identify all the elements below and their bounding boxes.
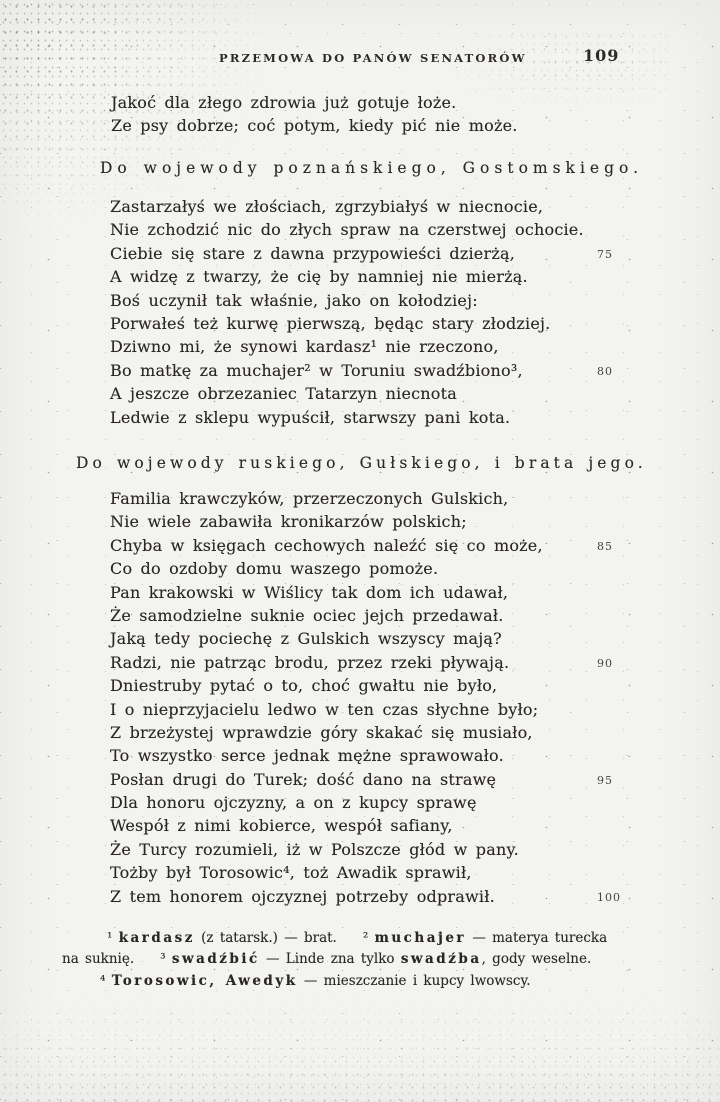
verse-line: Co do ozdoby domu waszego pomoże.	[110, 557, 670, 580]
verse-line: Jakoć dla złego zdrowia już gotuje łoże.	[111, 91, 671, 114]
verse-text: Że samodzielne suknie ociec jejch przeda…	[110, 606, 504, 625]
footnote-segment: muchajer	[375, 930, 466, 946]
footnote-segment: ⁴	[100, 973, 112, 989]
verse-line: I o nieprzyjacielu ledwo w ten czas słyc…	[110, 698, 670, 721]
footnote-segment: kardasz	[119, 930, 195, 946]
verse-text: Jaką tedy pociechę z Gulskich wszyscy ma…	[110, 629, 502, 648]
verse-text: Z tem honorem ojczyznej potrzeby odprawi…	[110, 887, 495, 906]
verse-text: Jakoć dla złego zdrowia już gotuje łoże.	[111, 93, 456, 112]
verse-text: Pan krakowski w Wiślicy tak dom ich udaw…	[110, 583, 508, 602]
verse-line: Bo matkę za muchajer² w Toruniu swadźbio…	[110, 359, 670, 382]
verse-text: Porwałeś też kurwę pierwszą, będąc stary…	[110, 314, 550, 333]
verse-line: To wszystko serce jednak mężne sprawował…	[110, 744, 670, 767]
verse-text: Ciebie się stare z dawna przypowieści dz…	[110, 244, 515, 263]
verse-line: Że samodzielne suknie ociec jejch przeda…	[110, 604, 670, 627]
verse-text: Zastarzałyś we złościach, zgrzybiałyś w …	[110, 197, 543, 216]
verse-line: Porwałeś też kurwę pierwszą, będąc stary…	[110, 312, 670, 335]
verse-text: Nie wiele zabawiła kronikarzów polskich;	[110, 512, 467, 531]
footnote-line: ¹ kardasz (z tatarsk.) — brat.² muchajer…	[62, 928, 622, 949]
intro-couplet: Jakoć dla złego zdrowia już gotuje łoże.…	[111, 91, 671, 138]
verse-line: Z tem honorem ojczyznej potrzeby odprawi…	[110, 885, 670, 908]
verse-text: Dniestruby pytać o to, choć gwałtu nie b…	[110, 676, 497, 695]
footnote-line: ⁴ Torosowic, Awedyk — mieszczanie i kupc…	[62, 971, 622, 992]
footnote-segment: ²	[363, 930, 375, 946]
verse-line: Chyba w księgach cechowych naleźć się co…	[110, 534, 670, 557]
verse-line: Nie zchodzić nic do złych spraw na czers…	[110, 218, 670, 241]
verse-line-number: 85	[597, 535, 613, 558]
footnote-segment: (z tatarsk.) — brat.	[195, 930, 337, 946]
footnote-segment: Torosowic, Awedyk	[112, 973, 298, 989]
verse-line: A jeszcze obrzezaniec Tatarzyn niecnota	[110, 382, 670, 405]
verse-text: Z brzeżystej wprawdzie góry skakać się m…	[110, 723, 533, 742]
verse-line: Ledwie z sklepu wypuścił, starwszy pani …	[110, 406, 670, 429]
verse-line: Zastarzałyś we złościach, zgrzybiałyś w …	[110, 195, 670, 218]
verse-line: Wespół z nimi kobierce, wespół safiany,	[110, 814, 670, 837]
verse-line: Posłan drugi do Turek; dość dano na stra…	[110, 768, 670, 791]
verse-line: Boś uczynił tak właśnie, jako on kołodzi…	[110, 289, 670, 312]
verse-line: Familia krawczyków, przerzeczonych Gulsk…	[110, 487, 670, 510]
verse-text: Tożby był Torosowic⁴, toż Awadik sprawił…	[110, 863, 472, 882]
footnote-line: na suknię.³ swadźbić — Linde zna tylko s…	[62, 949, 622, 970]
footnote-segment: , gody weselne.	[482, 951, 592, 967]
verse-text: Familia krawczyków, przerzeczonych Gulsk…	[110, 489, 508, 508]
verse-line-number: 80	[597, 360, 613, 383]
verse-line-number: 75	[597, 243, 613, 266]
stanza-gostomski: Zastarzałyś we złościach, zgrzybiałyś w …	[110, 195, 670, 429]
verse-line: Pan krakowski w Wiślicy tak dom ich udaw…	[110, 581, 670, 604]
verse-text: Co do ozdoby domu waszego pomoże.	[110, 559, 438, 578]
verse-text: Ledwie z sklepu wypuścił, starwszy pani …	[110, 408, 510, 427]
footnote-segment: — materya turecka	[466, 930, 607, 946]
verse-text: Dla honoru ojczyzny, a on z kupcy sprawę	[110, 793, 477, 812]
verse-line: Z brzeżystej wprawdzie góry skakać się m…	[110, 721, 670, 744]
verse-text: Że Turcy rozumieli, iż w Polszcze głód w…	[110, 840, 519, 859]
verse-text: Wespół z nimi kobierce, wespół safiany,	[110, 816, 453, 835]
verse-line: Że Turcy rozumieli, iż w Polszcze głód w…	[110, 838, 670, 861]
footnote-segment: na suknię.	[62, 951, 134, 967]
footnote-segment: ¹	[107, 930, 119, 946]
verse-text: Bo matkę za muchajer² w Toruniu swadźbio…	[110, 361, 523, 380]
verse-line-number: 100	[597, 886, 621, 909]
verse-line: Ciebie się stare z dawna przypowieści dz…	[110, 242, 670, 265]
footnote-segment: swadźba	[401, 951, 482, 967]
scanned-book-page: PRZEMOWA DO PANÓW SENATORÓW 109 Jakoć dl…	[0, 0, 720, 1102]
verse-text: To wszystko serce jednak mężne sprawował…	[110, 746, 504, 765]
verse-line: Dla honoru ojczyzny, a on z kupcy sprawę	[110, 791, 670, 814]
verse-line: Radzi, nie patrząc brodu, przez rzeki pł…	[110, 651, 670, 674]
footnote-segment: — Linde zna tylko	[260, 951, 401, 967]
footnote-segment: — mieszczanie i kupcy lwowscy.	[298, 973, 531, 989]
verse-text: Chyba w księgach cechowych naleźć się co…	[110, 536, 543, 555]
scan-noise-bottom	[0, 990, 720, 1102]
verse-text: Ze psy dobrze; coć potym, kiedy pić nie …	[111, 116, 518, 135]
verse-line: Ze psy dobrze; coć potym, kiedy pić nie …	[111, 114, 671, 137]
verse-text: Dziwno mi, że synowi kardasz¹ nie rzeczo…	[110, 337, 499, 356]
verse-text: A widzę z twarzy, że cię by namniej nie …	[110, 267, 528, 286]
section-heading-gostomski: Do wojewody poznańskiego, Gostomskiego.	[100, 159, 643, 177]
footnote-segment: swadźbić	[172, 951, 260, 967]
verse-text: I o nieprzyjacielu ledwo w ten czas słyc…	[110, 700, 538, 719]
footnotes-block: ¹ kardasz (z tatarsk.) — brat.² muchajer…	[62, 928, 622, 992]
verse-text: Radzi, nie patrząc brodu, przez rzeki pł…	[110, 653, 509, 672]
verse-line: Tożby był Torosowic⁴, toż Awadik sprawił…	[110, 861, 670, 884]
verse-text: Posłan drugi do Turek; dość dano na stra…	[110, 770, 496, 789]
verse-line-number: 95	[597, 769, 613, 792]
verse-line: Dniestruby pytać o to, choć gwałtu nie b…	[110, 674, 670, 697]
verse-line-number: 90	[597, 652, 613, 675]
page-number: 109	[583, 46, 619, 65]
footnote-segment: ³	[160, 951, 172, 967]
verse-line: Nie wiele zabawiła kronikarzów polskich;	[110, 510, 670, 533]
verse-line: Dziwno mi, że synowi kardasz¹ nie rzeczo…	[110, 335, 670, 358]
verse-text: A jeszcze obrzezaniec Tatarzyn niecnota	[110, 384, 457, 403]
verse-text: Boś uczynił tak właśnie, jako on kołodzi…	[110, 291, 478, 310]
stanza-gulski: Familia krawczyków, przerzeczonych Gulsk…	[110, 487, 670, 908]
running-header-title: PRZEMOWA DO PANÓW SENATORÓW	[219, 51, 527, 65]
verse-line: Jaką tedy pociechę z Gulskich wszyscy ma…	[110, 627, 670, 650]
section-heading-gulski: Do wojewody ruskiego, Gułskiego, i brata…	[76, 454, 647, 472]
verse-line: A widzę z twarzy, że cię by namniej nie …	[110, 265, 670, 288]
verse-text: Nie zchodzić nic do złych spraw na czers…	[110, 220, 584, 239]
